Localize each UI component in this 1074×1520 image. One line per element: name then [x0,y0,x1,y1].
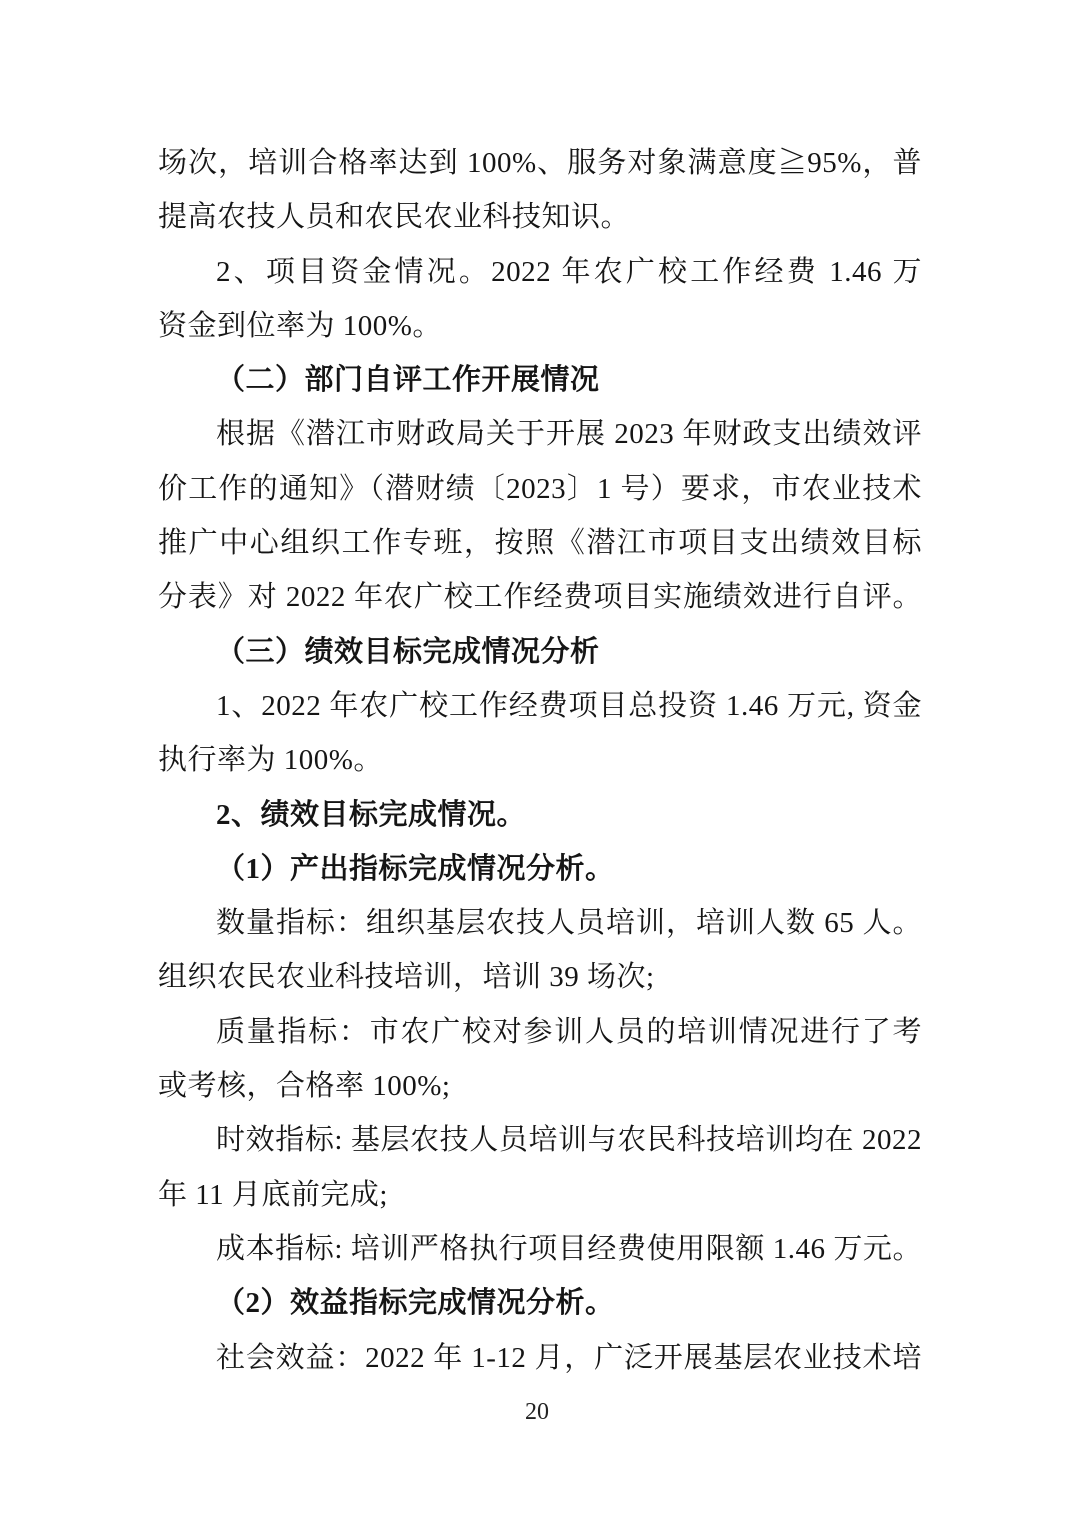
body-line: 社会效益：2022 年 1-12 月，广泛开展基层农业技术培 [158,1331,922,1385]
body-line: 组织农民农业科技培训，培训 39 场次; [158,950,922,1004]
heading-benefit-indicator-analysis: （2）效益指标完成情况分析。 [158,1276,922,1330]
body-line: 分表》对 2022 年农广校工作经费项目实施绩效进行自评。 [158,570,922,624]
body-line: 成本指标: 培训严格执行项目经费使用限额 1.46 万元。 [158,1222,922,1276]
body-line: 2、项目资金情况。2022 年农广校工作经费 1.46 万元， [158,245,922,299]
document-body: 场次，培训合格率达到 100%、服务对象满意度≧95%，普遍 提高农技人员和农民… [158,136,922,1385]
body-line: 执行率为 100%。 [158,733,922,787]
heading-output-indicator-analysis: （1）产出指标完成情况分析。 [158,842,922,896]
document-page: 场次，培训合格率达到 100%、服务对象满意度≧95%，普遍 提高农技人员和农民… [0,0,1074,1520]
heading-dept-self-evaluation: （二）部门自评工作开展情况 [158,353,922,407]
body-line: 质量指标：市农广校对参训人员的培训情况进行了考试 [158,1005,922,1059]
heading-performance-goal-analysis: （三）绩效目标完成情况分析 [158,625,922,679]
body-line: 数量指标：组织基层农技人员培训，培训人数 65 人。 [158,896,922,950]
body-line: 1、2022 年农广校工作经费项目总投资 1.46 万元, 资金 [158,679,922,733]
body-line: 根据《潜江市财政局关于开展 2023 年财政支出绩效评 [158,407,922,461]
body-line: 年 11 月底前完成; [158,1168,922,1222]
body-line: 资金到位率为 100%。 [158,299,922,353]
body-line: 或考核，合格率 100%; [158,1059,922,1113]
body-line: 价工作的通知》（潜财绩〔2023〕1 号）要求，市农业技术 [158,462,922,516]
body-line: 时效指标: 基层农技人员培训与农民科技培训均在 2022 [158,1113,922,1167]
body-line: 推广中心组织工作专班，按照《潜江市项目支出绩效目标评 [158,516,922,570]
heading-goal-completion-status: 2、绩效目标完成情况。 [158,788,922,842]
page-number: 20 [0,1392,1074,1432]
body-line: 场次，培训合格率达到 100%、服务对象满意度≧95%，普遍 [158,136,922,190]
body-line: 提高农技人员和农民农业科技知识。 [158,190,922,244]
